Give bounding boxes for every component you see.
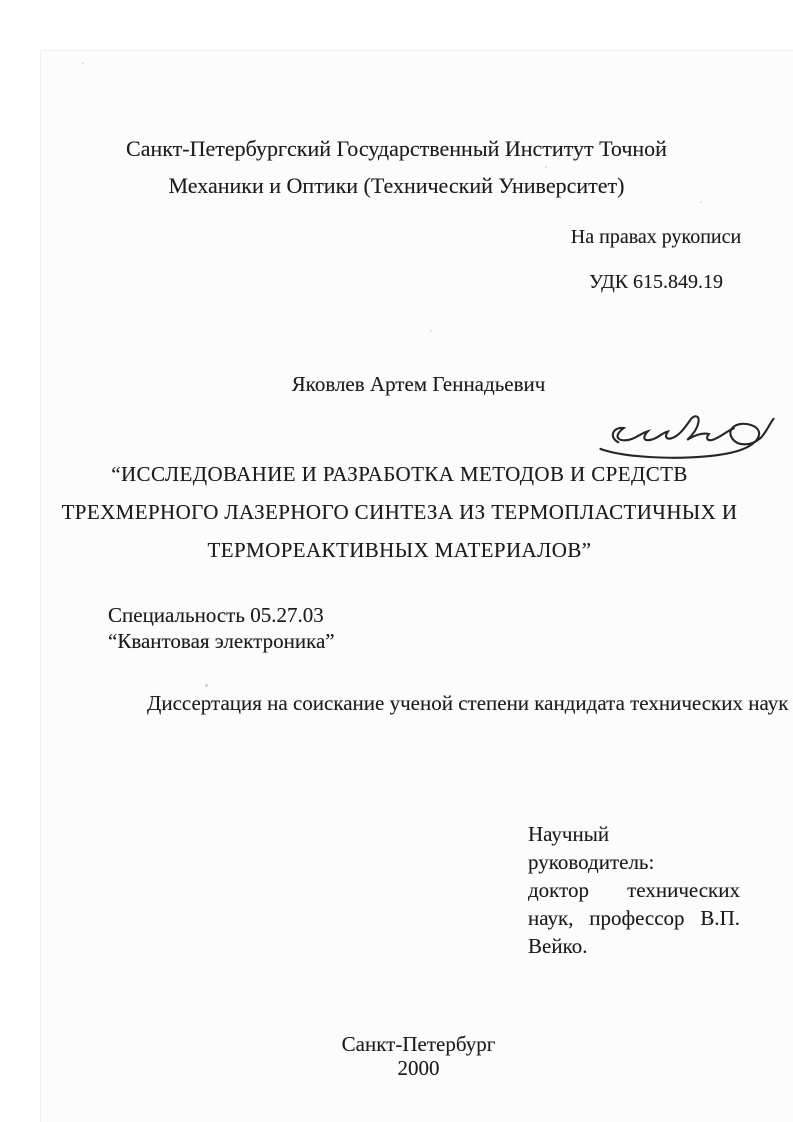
footer-year: 2000	[22, 1056, 793, 1080]
scan-speck	[430, 330, 432, 332]
supervisor-block: Научный руководитель: доктор технических…	[528, 820, 740, 960]
title-line-1: “ИССЛЕДОВАНИЕ И РАЗРАБОТКА МЕТОДОВ И СРЕ…	[3, 455, 793, 493]
scan-speck	[205, 684, 208, 687]
dissertation-statement: Диссертация на соискание ученой степени …	[147, 691, 788, 716]
supervisor-line: Вейко.	[528, 932, 740, 960]
institution-header: Санкт-Петербургский Государственный Инст…	[0, 130, 793, 204]
title-line-2: ТРЕХМЕРНОГО ЛАЗЕРНОГО СИНТЕЗА ИЗ ТЕРМОПЛ…	[3, 493, 793, 531]
institution-line-1: Санкт-Петербургский Государственный Инст…	[0, 130, 793, 167]
dissertation-title: “ИССЛЕДОВАНИЕ И РАЗРАБОТКА МЕТОДОВ И СРЕ…	[3, 455, 793, 569]
scan-speck	[82, 62, 84, 64]
scanned-document-page: Санкт-Петербургский Государственный Инст…	[0, 0, 793, 1122]
manuscript-note: На правах рукописи	[556, 226, 756, 249]
supervisor-line: доктор технических	[528, 876, 740, 904]
manuscript-udc-block: На правах рукописи УДК 615.849.19	[556, 226, 756, 294]
title-line-3: ТЕРМОРЕАКТИВНЫХ МАТЕРИАЛОВ”	[3, 531, 793, 569]
supervisor-line: Научный руководитель:	[528, 820, 740, 876]
paper-area	[40, 50, 793, 1122]
footer-city: Санкт-Петербург	[22, 1032, 793, 1056]
supervisor-line: наук, профессор В.П.	[528, 904, 740, 932]
footer-block: Санкт-Петербург 2000	[22, 1032, 793, 1080]
institution-line-2: Механики и Оптики (Технический Университ…	[0, 167, 793, 204]
specialty-block: Специальность 05.27.03 “Квантовая электр…	[108, 602, 335, 654]
specialty-name: “Квантовая электроника”	[108, 628, 335, 654]
udc-number: УДК 615.849.19	[556, 271, 756, 294]
specialty-code: Специальность 05.27.03	[108, 602, 335, 628]
author-name: Яковлев Артем Геннадьевич	[22, 372, 793, 397]
